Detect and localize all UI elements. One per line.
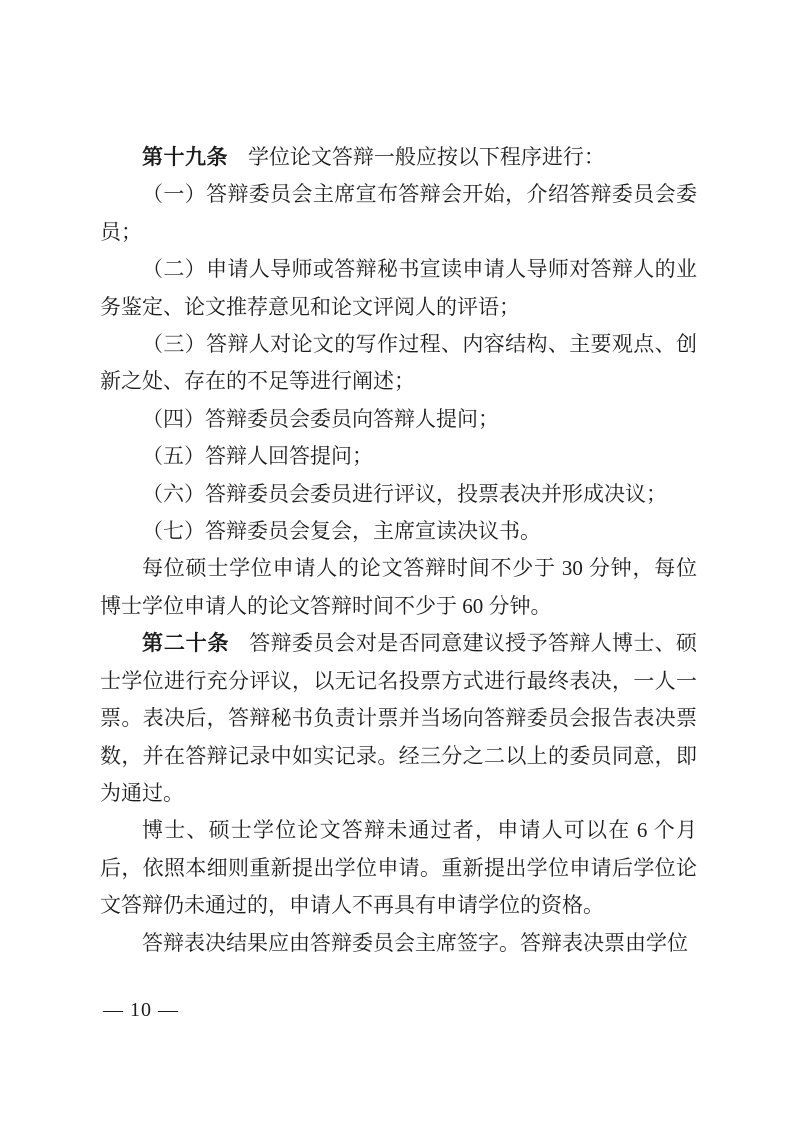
signature-rule-paragraph: 答辩表决结果应由答辩委员会主席签字。答辩表决票由学位 xyxy=(100,925,697,962)
article-19-text: 学位论文答辩一般应按以下程序进行： xyxy=(248,145,605,169)
article-20-text: 答辩委员会对是否同意建议授予答辩人博士、硕士学位进行充分评议，以无记名投票方式进… xyxy=(100,631,697,805)
page-number: — 10 — xyxy=(103,997,179,1023)
document-body: 第十九条学位论文答辩一般应按以下程序进行： （一）答辩委员会主席宣布答辩会开始，… xyxy=(100,139,697,962)
defense-duration-paragraph: 每位硕士学位申请人的论文答辩时间不少于 30 分钟，每位博士学位申请人的论文答辩… xyxy=(100,550,697,625)
procedure-item-4: （四）答辩委员会委员向答辩人提问； xyxy=(100,401,697,438)
document-page: 第十九条学位论文答辩一般应按以下程序进行： （一）答辩委员会主席宣布答辩会开始，… xyxy=(0,0,793,1122)
procedure-item-1: （一）答辩委员会主席宣布答辩会开始，介绍答辩委员会委员； xyxy=(100,176,697,251)
article-19-number: 第十九条 xyxy=(142,146,228,169)
procedure-item-7: （七）答辩委员会复会，主席宣读决议书。 xyxy=(100,513,697,550)
procedure-item-3: （三）答辩人对论文的写作过程、内容结构、主要观点、创新之处、存在的不足等进行阐述… xyxy=(100,326,697,401)
article-20-paragraph: 第二十条答辩委员会对是否同意建议授予答辩人博士、硕士学位进行充分评议，以无记名投… xyxy=(100,625,697,812)
procedure-item-6: （六）答辩委员会委员进行评议，投票表决并形成决议； xyxy=(100,476,697,513)
retry-rule-paragraph: 博士、硕士学位论文答辩未通过者，申请人可以在 6 个月后，依照本细则重新提出学位… xyxy=(100,812,697,924)
procedure-item-5: （五）答辩人回答提问； xyxy=(100,438,697,475)
article-20-number: 第二十条 xyxy=(142,632,229,655)
article-19-paragraph: 第十九条学位论文答辩一般应按以下程序进行： xyxy=(100,139,697,176)
procedure-item-2: （二）申请人导师或答辩秘书宣读申请人导师对答辩人的业务鉴定、论文推荐意见和论文评… xyxy=(100,251,697,326)
